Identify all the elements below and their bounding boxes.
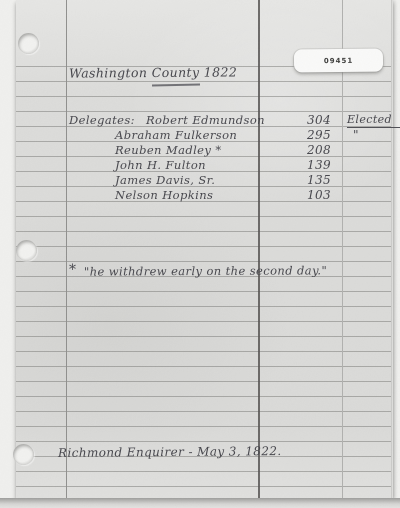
delegate-row: Reuben Madley * 208 [0,143,400,158]
page-bottom-edge [0,498,400,508]
margin-line [66,0,67,498]
vote-count: 295 [296,128,342,142]
delegate-name: Robert Edmundson [146,113,265,127]
ditto-mark: " [353,128,359,142]
footnote-marker: * [69,262,76,278]
delegate-row: Abraham Fulkerson 295 " [0,128,400,143]
hole-punch-top [18,33,39,54]
hole-punch-bottom [13,444,34,465]
catalog-number: 09451 [324,56,353,64]
vote-count: 208 [296,143,342,157]
delegate-name: James Davis, Sr. [115,173,215,187]
page-right-edge [391,0,393,498]
page-title: Washington County 1822 [69,64,237,81]
source-citation: Richmond Enquirer - May 3, 1822. [58,444,282,460]
elected-status: Elected [347,113,400,128]
vote-count: 139 [296,158,342,172]
delegate-name: Abraham Fulkerson [115,128,237,142]
hole-punch-middle [16,240,37,261]
delegate-name: Reuben Madley * [115,143,221,157]
column-rule-faint [342,0,343,498]
vote-count: 103 [296,188,342,202]
delegates-label: Delegates: [69,113,135,127]
delegate-name: John H. Fulton [115,158,206,172]
delegate-row: James Davis, Sr. 135 [0,173,400,188]
delegate-name: Nelson Hopkins [115,188,213,202]
vote-count: 304 [296,113,342,127]
column-rule-dark [258,0,260,498]
document-scan: 09451 Washington County 1822 Delegates: … [0,0,400,508]
vote-count: 135 [296,173,342,187]
catalog-sticker: 09451 [294,49,383,73]
footnote-text: "he withdrew early on the second day." [84,263,327,278]
delegate-row: John H. Fulton 139 [0,158,400,173]
delegate-row: Delegates: Robert Edmundson 304 Elected [0,113,400,128]
delegate-row: Nelson Hopkins 103 [0,188,400,203]
